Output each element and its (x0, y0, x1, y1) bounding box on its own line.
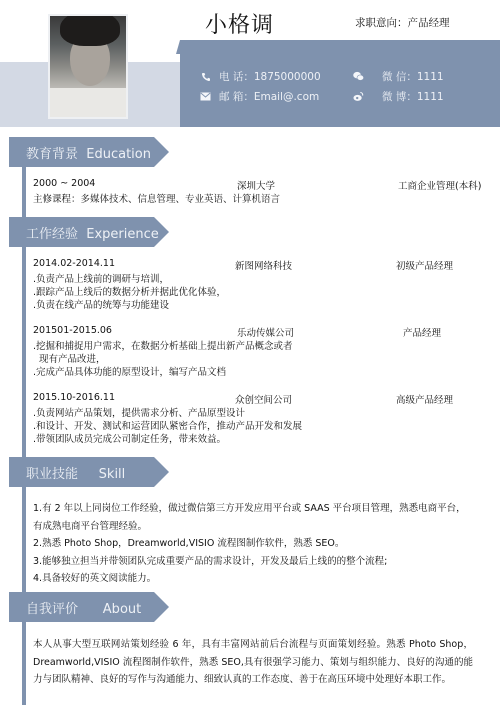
contact-phone: 电 话：1875000000 (200, 69, 321, 84)
weibo-label: 微 博：1111 (382, 89, 444, 104)
education-courses: 主修课程：多媒体技术、信息管理、专业英语、计算机语言 (33, 191, 280, 205)
candidate-name: 小格调 (205, 8, 274, 39)
section-title-education: 教育背景 Education (26, 143, 151, 162)
education-period: 2000 ~ 2004 (33, 178, 95, 189)
job-duty: .完成产品具体功能的原型设计，编写产品文档 (33, 364, 226, 378)
section-title-about: 自我评价 About (26, 598, 141, 617)
contact-weibo: 微 博：1111 (353, 89, 444, 104)
job-company: 乐动传媒公司 (237, 325, 294, 339)
section-header-arrow (154, 457, 169, 487)
job-duty: .跟踪产品上线后的数据分析并据此优化体验， (33, 284, 226, 298)
job-duty: .和设计、开发、测试和运营团队紧密合作，推动产品开发和发展 (33, 418, 302, 432)
skill-item: 2.熟悉 Photo Shop，Dreamworld,VISIO 流程图制作软件… (33, 535, 473, 553)
section-title-experience: 工作经验 Experience (26, 223, 159, 242)
skill-item: 1.有 2 年以上同岗位工作经验，做过微信第三方开发应用平台或 SAAS 平台项… (33, 500, 473, 535)
email-label: 邮 箱：Email@.com (219, 89, 319, 104)
photo-shirt (50, 88, 128, 119)
phone-label: 电 话：1875000000 (219, 69, 321, 84)
job-role: 高级产品经理 (396, 392, 453, 406)
section-title-skills: 职业技能 Skill (26, 463, 125, 482)
job-period: 2015.10-2016.11 (33, 392, 115, 403)
photo-hair (60, 14, 120, 46)
job-period: 2014.02-2014.11 (33, 258, 115, 269)
section-header-arrow (154, 137, 169, 167)
profile-photo (48, 14, 128, 119)
job-duty: .负责网站产品策划，提供需求分析、产品原型设计 (33, 405, 245, 419)
section-header-arrow (154, 592, 169, 622)
job-role: 产品经理 (403, 325, 441, 339)
job-duty: .负责在线产品的统筹与功能建设 (33, 297, 169, 311)
contact-wechat: 微 信：1111 (353, 69, 444, 84)
job-role: 初级产品经理 (396, 258, 453, 272)
job-intent: 求职意向：产品经理 (355, 15, 450, 30)
contact-email: 邮 箱：Email@.com (200, 89, 319, 104)
phone-icon (200, 71, 211, 82)
job-company: 新图网络科技 (235, 258, 292, 272)
job-duty: .负责产品上线前的调研与培训， (33, 271, 169, 285)
mail-icon (200, 91, 211, 102)
skills-list: 1.有 2 年以上同岗位工作经验，做过微信第三方开发应用平台或 SAAS 平台项… (33, 500, 473, 588)
section-header-about: 自我评价 About (9, 592, 169, 622)
job-duty: .带领团队成员完成公司制定任务，带来效益。 (33, 431, 226, 445)
job-duty: .挖掘和捕捉用户需求，在数据分析基础上提出新产品概念或者 (33, 338, 293, 352)
section-header-experience: 工作经验 Experience (9, 217, 169, 247)
wechat-icon (353, 71, 364, 82)
education-major: 工商企业管理(本科) (398, 178, 481, 192)
job-duty: 现有产品改进， (33, 351, 106, 365)
section-header-skills: 职业技能 Skill (9, 457, 169, 487)
skill-item: 4.具备较好的英文阅读能力。 (33, 570, 473, 588)
education-school: 深圳大学 (237, 178, 275, 192)
skill-item: 3.能够独立担当并带领团队完成重要产品的需求设计，开发及最后上线的的整个流程; (33, 553, 473, 571)
weibo-icon (353, 91, 364, 102)
wechat-label: 微 信：1111 (382, 69, 444, 84)
section-header-education: 教育背景 Education (9, 137, 169, 167)
about-text: 本人从事大型互联网站策划经验 6 年，具有丰富网站前后台流程与页面策划经验。熟悉… (33, 636, 473, 689)
job-period: 201501-2015.06 (33, 325, 112, 336)
job-company: 众创空间公司 (235, 392, 292, 406)
